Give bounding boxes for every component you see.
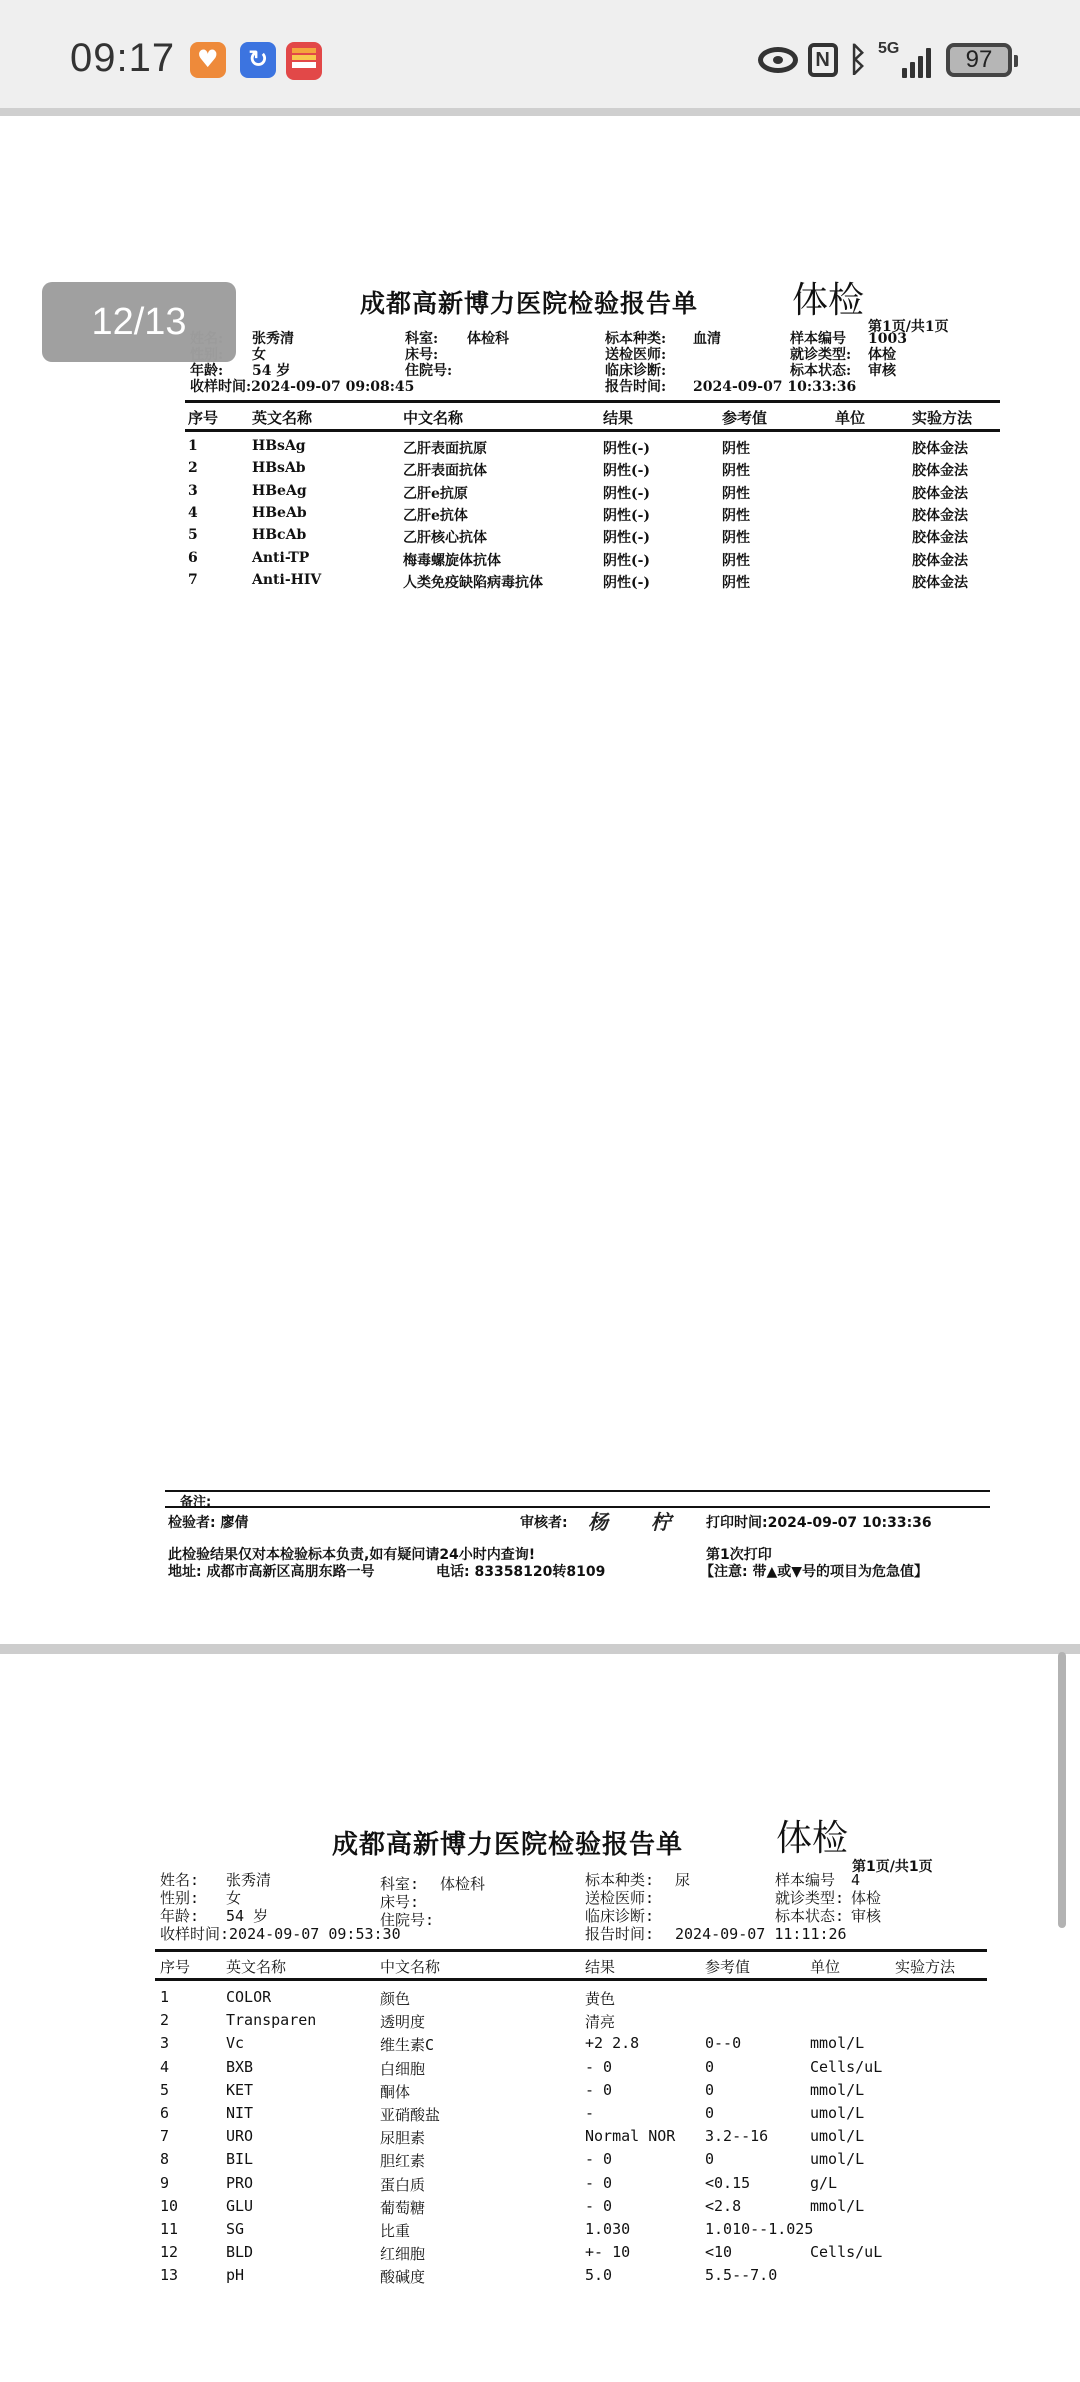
cell-result: 阴性(-) (603, 505, 650, 525)
cell-english-name: HBcAb (252, 527, 306, 543)
phone: 电话: 83358120转8109 (436, 1561, 605, 1581)
cell-no: 1 (188, 438, 198, 454)
cell-chinese-name: 比重 (380, 2220, 410, 2241)
cell-no: 1 (160, 1988, 169, 2006)
header-col-result: 结果 (603, 407, 633, 428)
cell-chinese-name: 乙肝表面抗体 (403, 460, 487, 480)
header-rule-bottom (155, 1978, 987, 1981)
cell-chinese-name: 颜色 (380, 1988, 410, 2009)
header-rule-top (185, 400, 1000, 403)
cell-chinese-name: 乙肝e抗体 (403, 505, 468, 525)
field-report-time: 报告时间:2024-09-07 11:11:26 (585, 1926, 847, 1942)
cell-no: 8 (160, 2150, 169, 2168)
cell-reference: 阴性 (722, 527, 750, 547)
field-visit-type: 就诊类型:体检 (790, 347, 896, 363)
field-bed: 床号: (405, 347, 438, 363)
cell-no: 2 (160, 2011, 169, 2029)
cell-no: 3 (160, 2034, 169, 2052)
document-page-2[interactable]: 成都高新博力医院检验报告单 体检 第1页/共1页 姓名:张秀清 性别:女 年龄:… (0, 1654, 1080, 2382)
critical-value-notice: 【注意: 带▲或▼号的项目为危急值】 (700, 1561, 928, 1581)
cell-chinese-name: 透明度 (380, 2011, 425, 2032)
cell-english-name: COLOR (226, 1988, 271, 2006)
report-tag: 体检 (776, 1810, 848, 1861)
cell-method: 胶体金法 (912, 460, 968, 480)
cell-reference: 3.2--16 (705, 2127, 768, 2145)
cell-result: - 0 (585, 2174, 612, 2192)
cell-english-name: pH (226, 2266, 244, 2284)
field-inpatient: 住院号: (405, 363, 452, 379)
cell-result: 黄色 (585, 1988, 615, 2009)
cell-chinese-name: 乙肝e抗原 (403, 483, 468, 503)
field-specimen: 标本种类:尿 (585, 1872, 690, 1888)
cell-result: 阴性(-) (603, 438, 650, 458)
cell-reference: <2.8 (705, 2197, 741, 2215)
header-col-no: 序号 (188, 407, 218, 428)
cell-result: +- 10 (585, 2243, 630, 2261)
cell-english-name: BIL (226, 2150, 253, 2168)
field-report-time: 报告时间:2024-09-07 10:33:36 (605, 379, 856, 395)
cell-english-name: BLD (226, 2243, 253, 2261)
cell-method: 胶体金法 (912, 572, 968, 592)
field-age: 年龄:54 岁 (190, 363, 290, 379)
field-diagnosis: 临床诊断: (585, 1908, 654, 1924)
blue-app-icon (240, 42, 276, 78)
cell-english-name: Vc (226, 2034, 244, 2052)
reviewer-signature: 杨 柠 (588, 1506, 689, 1535)
cell-result: 阴性(-) (603, 527, 650, 547)
5g-signal-icon: 5G (878, 40, 936, 80)
cell-method: 胶体金法 (912, 483, 968, 503)
cell-english-name: PRO (226, 2174, 253, 2192)
cell-no: 4 (160, 2058, 169, 2076)
lab-report-2: 成都高新博力医院检验报告单 体检 第1页/共1页 姓名:张秀清 性别:女 年龄:… (0, 1654, 1080, 2382)
field-name: 姓名:张秀清 (160, 1872, 271, 1888)
cell-chinese-name: 人类免疫缺陷病毒抗体 (403, 572, 543, 592)
cell-result: 阴性(-) (603, 460, 650, 480)
cell-result: 阴性(-) (603, 483, 650, 503)
cell-reference: 0 (705, 2150, 714, 2168)
cell-reference: 0 (705, 2081, 714, 2099)
footer-rule-top (165, 1490, 990, 1492)
page-info: 第1页/共1页 (852, 1856, 933, 1876)
cell-chinese-name: 葡萄糖 (380, 2197, 425, 2218)
field-gender: 性别:女 (160, 1890, 241, 1906)
health-app-icon (190, 42, 226, 78)
cell-unit: umol/L (810, 2104, 864, 2122)
reviewer-label: 审核者: (520, 1512, 568, 1532)
system-status-icons: N ᛒ 5G 97 (758, 40, 1012, 80)
cell-english-name: KET (226, 2081, 253, 2099)
cell-method: 胶体金法 (912, 505, 968, 525)
statusbar-divider (0, 108, 1080, 116)
cell-no: 5 (188, 527, 198, 543)
header-col-chinese-name: 中文名称 (403, 407, 463, 428)
footer-rule-bottom (165, 1506, 990, 1508)
cell-chinese-name: 亚硝酸盐 (380, 2104, 440, 2125)
cell-result: 阴性(-) (603, 572, 650, 592)
cell-chinese-name: 乙肝表面抗原 (403, 438, 487, 458)
cell-unit: mmol/L (810, 2034, 864, 2052)
battery-level: 97 (966, 46, 993, 73)
field-dept: 科室:体检科 (405, 331, 509, 347)
cell-english-name: NIT (226, 2104, 253, 2122)
cell-chinese-name: 白细胞 (380, 2058, 425, 2079)
network-type: 5G (878, 40, 899, 58)
header-col-no: 序号 (160, 1956, 190, 1977)
eye-comfort-icon (758, 47, 798, 73)
header-col-english-name: 英文名称 (226, 1956, 286, 1977)
scrollbar-thumb[interactable] (1058, 1652, 1066, 1928)
cell-english-name: SG (226, 2220, 244, 2238)
header-col-chinese-name: 中文名称 (380, 1956, 440, 1977)
cell-english-name: Transparen (226, 2011, 316, 2029)
cell-no: 7 (160, 2127, 169, 2145)
cell-english-name: HBsAg (252, 438, 306, 454)
cell-unit: umol/L (810, 2127, 864, 2145)
header-col-reference: 参考值 (705, 1956, 750, 1977)
cell-result: 1.030 (585, 2220, 630, 2238)
header-col-english-name: 英文名称 (252, 407, 312, 428)
cell-result: +2 2.8 (585, 2034, 639, 2052)
header-col-method: 实验方法 (912, 407, 972, 428)
field-sample-no: 样本编号1003 (790, 331, 907, 347)
cell-chinese-name: 梅毒螺旋体抗体 (403, 550, 501, 570)
cell-reference: 阴性 (722, 505, 750, 525)
cell-no: 12 (160, 2243, 178, 2261)
cell-english-name: Anti-TP (252, 550, 309, 566)
cell-method: 胶体金法 (912, 527, 968, 547)
cell-result: Normal NOR (585, 2127, 675, 2145)
field-age: 年龄:54 岁 (160, 1908, 268, 1924)
cell-chinese-name: 胆红素 (380, 2150, 425, 2171)
cell-result: - 0 (585, 2058, 612, 2076)
report-title: 成都高新博力医院检验报告单 (360, 284, 698, 320)
cell-unit: Cells/uL (810, 2058, 882, 2076)
bluetooth-icon: ᛒ (848, 43, 868, 77)
cell-result: 阴性(-) (603, 550, 650, 570)
tester: 检验者: 廖倩 (168, 1512, 248, 1532)
cell-chinese-name: 乙肝核心抗体 (403, 527, 487, 547)
cell-reference: 阴性 (722, 460, 750, 480)
cell-english-name: BXB (226, 2058, 253, 2076)
header-rule-top (155, 1949, 987, 1952)
cell-result: - 0 (585, 2150, 612, 2168)
cell-chinese-name: 蛋白质 (380, 2174, 425, 2195)
cell-unit: umol/L (810, 2150, 864, 2168)
nfc-icon: N (808, 43, 838, 77)
cell-reference: 阴性 (722, 572, 750, 592)
cell-reference: 1.010--1.025 (705, 2220, 813, 2238)
cell-reference: 阴性 (722, 483, 750, 503)
cell-no: 11 (160, 2220, 178, 2238)
header-col-method: 实验方法 (895, 1956, 955, 1977)
field-sample-no: 样本编号4 (775, 1872, 860, 1888)
cell-result: 清亮 (585, 2011, 615, 2032)
cell-no: 10 (160, 2197, 178, 2215)
cell-unit: mmol/L (810, 2197, 864, 2215)
cell-reference: <0.15 (705, 2174, 750, 2192)
field-visit-type: 就诊类型:体检 (775, 1890, 881, 1906)
battery-icon: 97 (946, 43, 1012, 77)
field-bed: 床号: (380, 1894, 419, 1910)
field-collect-time: 收样时间:2024-09-07 09:08:45 (190, 379, 414, 395)
cell-method: 胶体金法 (912, 550, 968, 570)
cell-english-name: URO (226, 2127, 253, 2145)
report-tag: 体检 (792, 272, 864, 323)
clock: 09:17 (70, 36, 175, 81)
status-bar: 09:17 N ᛒ 5G 97 (0, 0, 1080, 108)
cell-english-name: HBsAb (252, 460, 306, 476)
field-status: 标本状态:审核 (775, 1908, 881, 1924)
cell-no: 9 (160, 2174, 169, 2192)
report-title: 成都高新博力医院检验报告单 (332, 1824, 683, 1861)
cell-english-name: HBeAg (252, 483, 307, 499)
cell-no: 6 (188, 550, 198, 566)
cell-reference: 5.5--7.0 (705, 2266, 777, 2284)
address: 地址: 成都市高新区高朋东路一号 (168, 1561, 374, 1581)
field-specimen: 标本种类:血清 (605, 331, 721, 347)
field-doctor: 送检医师: (605, 347, 666, 363)
cell-unit: mmol/L (810, 2081, 864, 2099)
cell-result: 5.0 (585, 2266, 612, 2284)
field-dept: 科室:体检科 (380, 1876, 485, 1892)
cell-reference: 0 (705, 2058, 714, 2076)
cell-result: - (585, 2104, 594, 2122)
wallet-app-icon (286, 42, 322, 80)
cell-unit: Cells/uL (810, 2243, 882, 2261)
page-counter: 12/13 (42, 282, 236, 362)
cell-no: 7 (188, 572, 198, 588)
cell-no: 13 (160, 2266, 178, 2284)
header-rule-bottom (185, 429, 1000, 432)
cell-no: 2 (188, 460, 198, 476)
cell-no: 4 (188, 505, 198, 521)
header-col-unit: 单位 (835, 407, 865, 428)
cell-reference: 阴性 (722, 550, 750, 570)
cell-reference: 0 (705, 2104, 714, 2122)
field-inpatient: 住院号: (380, 1912, 434, 1928)
cell-no: 6 (160, 2104, 169, 2122)
cell-chinese-name: 尿胆素 (380, 2127, 425, 2148)
cell-chinese-name: 酸碱度 (380, 2266, 425, 2287)
field-doctor: 送检医师: (585, 1890, 654, 1906)
cell-no: 3 (188, 483, 198, 499)
cell-english-name: Anti-HIV (252, 572, 321, 588)
cell-chinese-name: 酮体 (380, 2081, 410, 2102)
cell-chinese-name: 红细胞 (380, 2243, 425, 2264)
print-time: 打印时间:2024-09-07 10:33:36 (706, 1512, 932, 1532)
header-col-result: 结果 (585, 1956, 615, 1977)
cell-chinese-name: 维生素C (380, 2034, 434, 2055)
cell-no: 5 (160, 2081, 169, 2099)
field-status: 标本状态:审核 (790, 363, 896, 379)
cell-english-name: HBeAb (252, 505, 307, 521)
cell-result: - 0 (585, 2197, 612, 2215)
cell-reference: 阴性 (722, 438, 750, 458)
cell-unit: g/L (810, 2174, 837, 2192)
cell-result: - 0 (585, 2081, 612, 2099)
cell-english-name: GLU (226, 2197, 253, 2215)
header-col-unit: 单位 (810, 1956, 840, 1977)
field-collect-time: 收样时间:2024-09-07 09:53:30 (160, 1926, 401, 1942)
cell-reference: <10 (705, 2243, 732, 2261)
field-diagnosis: 临床诊断: (605, 363, 666, 379)
cell-method: 胶体金法 (912, 438, 968, 458)
page-divider (0, 1644, 1080, 1654)
header-col-reference: 参考值 (722, 407, 767, 428)
cell-reference: 0--0 (705, 2034, 741, 2052)
